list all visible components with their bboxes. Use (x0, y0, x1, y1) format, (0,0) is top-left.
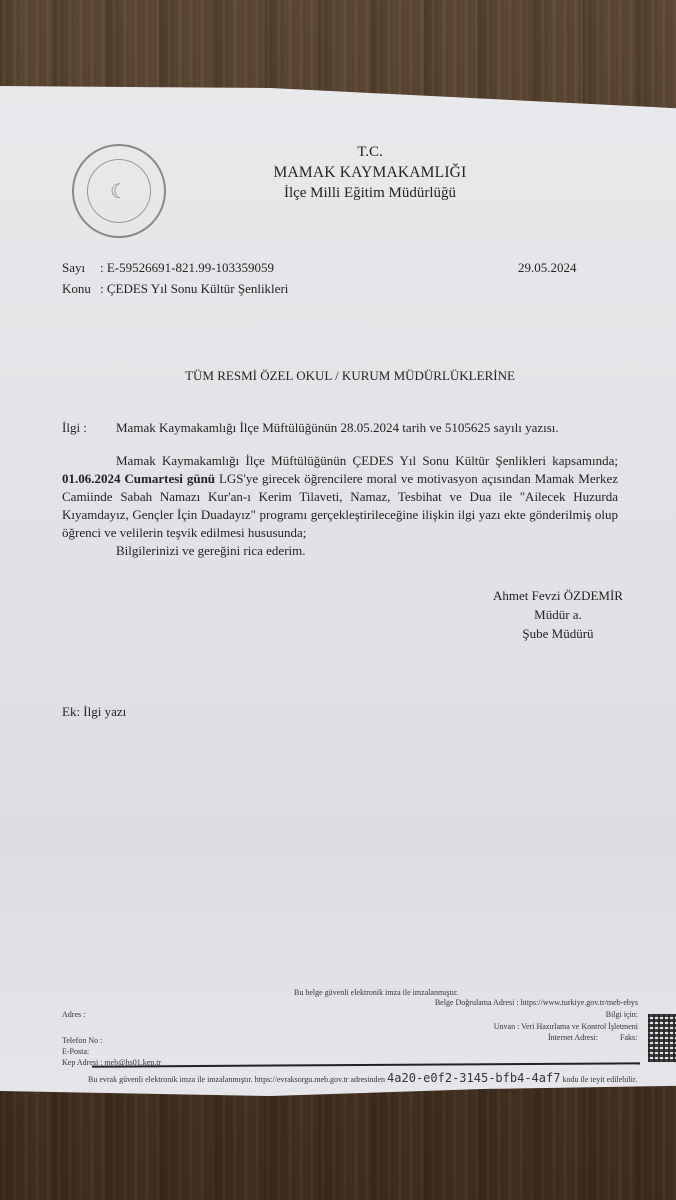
internet-address: İnternet Adresi: (548, 1033, 598, 1042)
seal-emblem-icon: ☾ (87, 159, 151, 223)
reference-text: Mamak Kaymakamlığı İlçe Müftülüğünün 28.… (116, 420, 559, 435)
sayi-row: Sayı: E-59526691-821.99-103359059 (62, 260, 274, 276)
verification-line: Bu evrak güvenli elektronik imza ile imz… (88, 1071, 637, 1085)
attachment-note: Ek: İlgi yazı (62, 704, 126, 720)
ministry-seal-icon: ☾ (72, 144, 166, 238)
reference-label: İlgi : (62, 420, 116, 436)
unvan: Unvan : Veri Hazırlama ve Kontrol İşletm… (330, 1022, 638, 1031)
verification-prefix: Bu evrak güvenli elektronik imza ile imz… (88, 1075, 385, 1084)
document-page: ☾ T.C. MAMAK KAYMAKAMLIĞI İlçe Milli Eği… (0, 86, 676, 1096)
body-paragraph-2: Bilgilerinizi ve gereğini rica ederim. (62, 542, 618, 560)
footer-divider (92, 1062, 640, 1067)
email: E-Posta: (62, 1047, 89, 1056)
signer-title-2: Şube Müdürü (478, 624, 638, 643)
signature-block: Ahmet Fevzi ÖZDEMİR Müdür a. Şube Müdürü (478, 586, 638, 643)
konu-label: Konu (62, 281, 100, 297)
sayi-value: : E-59526691-821.99-103359059 (100, 260, 274, 275)
body-text: Mamak Kaymakamlığı İlçe Müftülüğünün ÇED… (62, 452, 618, 560)
konu-value: : ÇEDES Yıl Sonu Kültür Şenlikleri (100, 281, 288, 296)
event-date: 01.06.2024 Cumartesi günü (62, 471, 215, 486)
sayi-label: Sayı (62, 260, 100, 276)
verify-address: Belge Doğrulama Adresi : https://www.tur… (330, 998, 638, 1007)
signer-title-1: Müdür a. (478, 605, 638, 624)
header-department: İlçe Milli Eğitim Müdürlüğü (200, 185, 540, 202)
recipient: TÜM RESMİ ÖZEL OKUL / KURUM MÜDÜRLÜKLERİ… (60, 368, 640, 384)
fax: Faks: (620, 1033, 637, 1042)
body-intro: Mamak Kaymakamlığı İlçe Müftülüğünün ÇED… (116, 453, 618, 468)
document-date: 29.05.2024 (518, 260, 577, 276)
info-label: Bilgi için: (330, 1010, 638, 1019)
phone: Telefon No : (62, 1036, 102, 1045)
signer-name: Ahmet Fevzi ÖZDEMİR (478, 586, 638, 605)
verification-code: 4a20-e0f2-3145-bfb4-4af7 (387, 1071, 560, 1085)
address: Adres : (62, 1010, 85, 1019)
konu-row: Konu: ÇEDES Yıl Sonu Kültür Şenlikleri (62, 281, 288, 297)
signed-note: Bu belge güvenli elektronik imza ile imz… (294, 988, 458, 997)
header-tc: T.C. (200, 144, 540, 161)
reference-row: İlgi :Mamak Kaymakamlığı İlçe Müftülüğün… (62, 420, 559, 436)
verification-suffix: kodu ile teyit edilebilir. (562, 1075, 637, 1084)
header-institution: MAMAK KAYMAKAMLIĞI (200, 164, 540, 182)
body-paragraph-1: Mamak Kaymakamlığı İlçe Müftülüğünün ÇED… (62, 452, 618, 542)
qr-code-icon (648, 1014, 676, 1062)
